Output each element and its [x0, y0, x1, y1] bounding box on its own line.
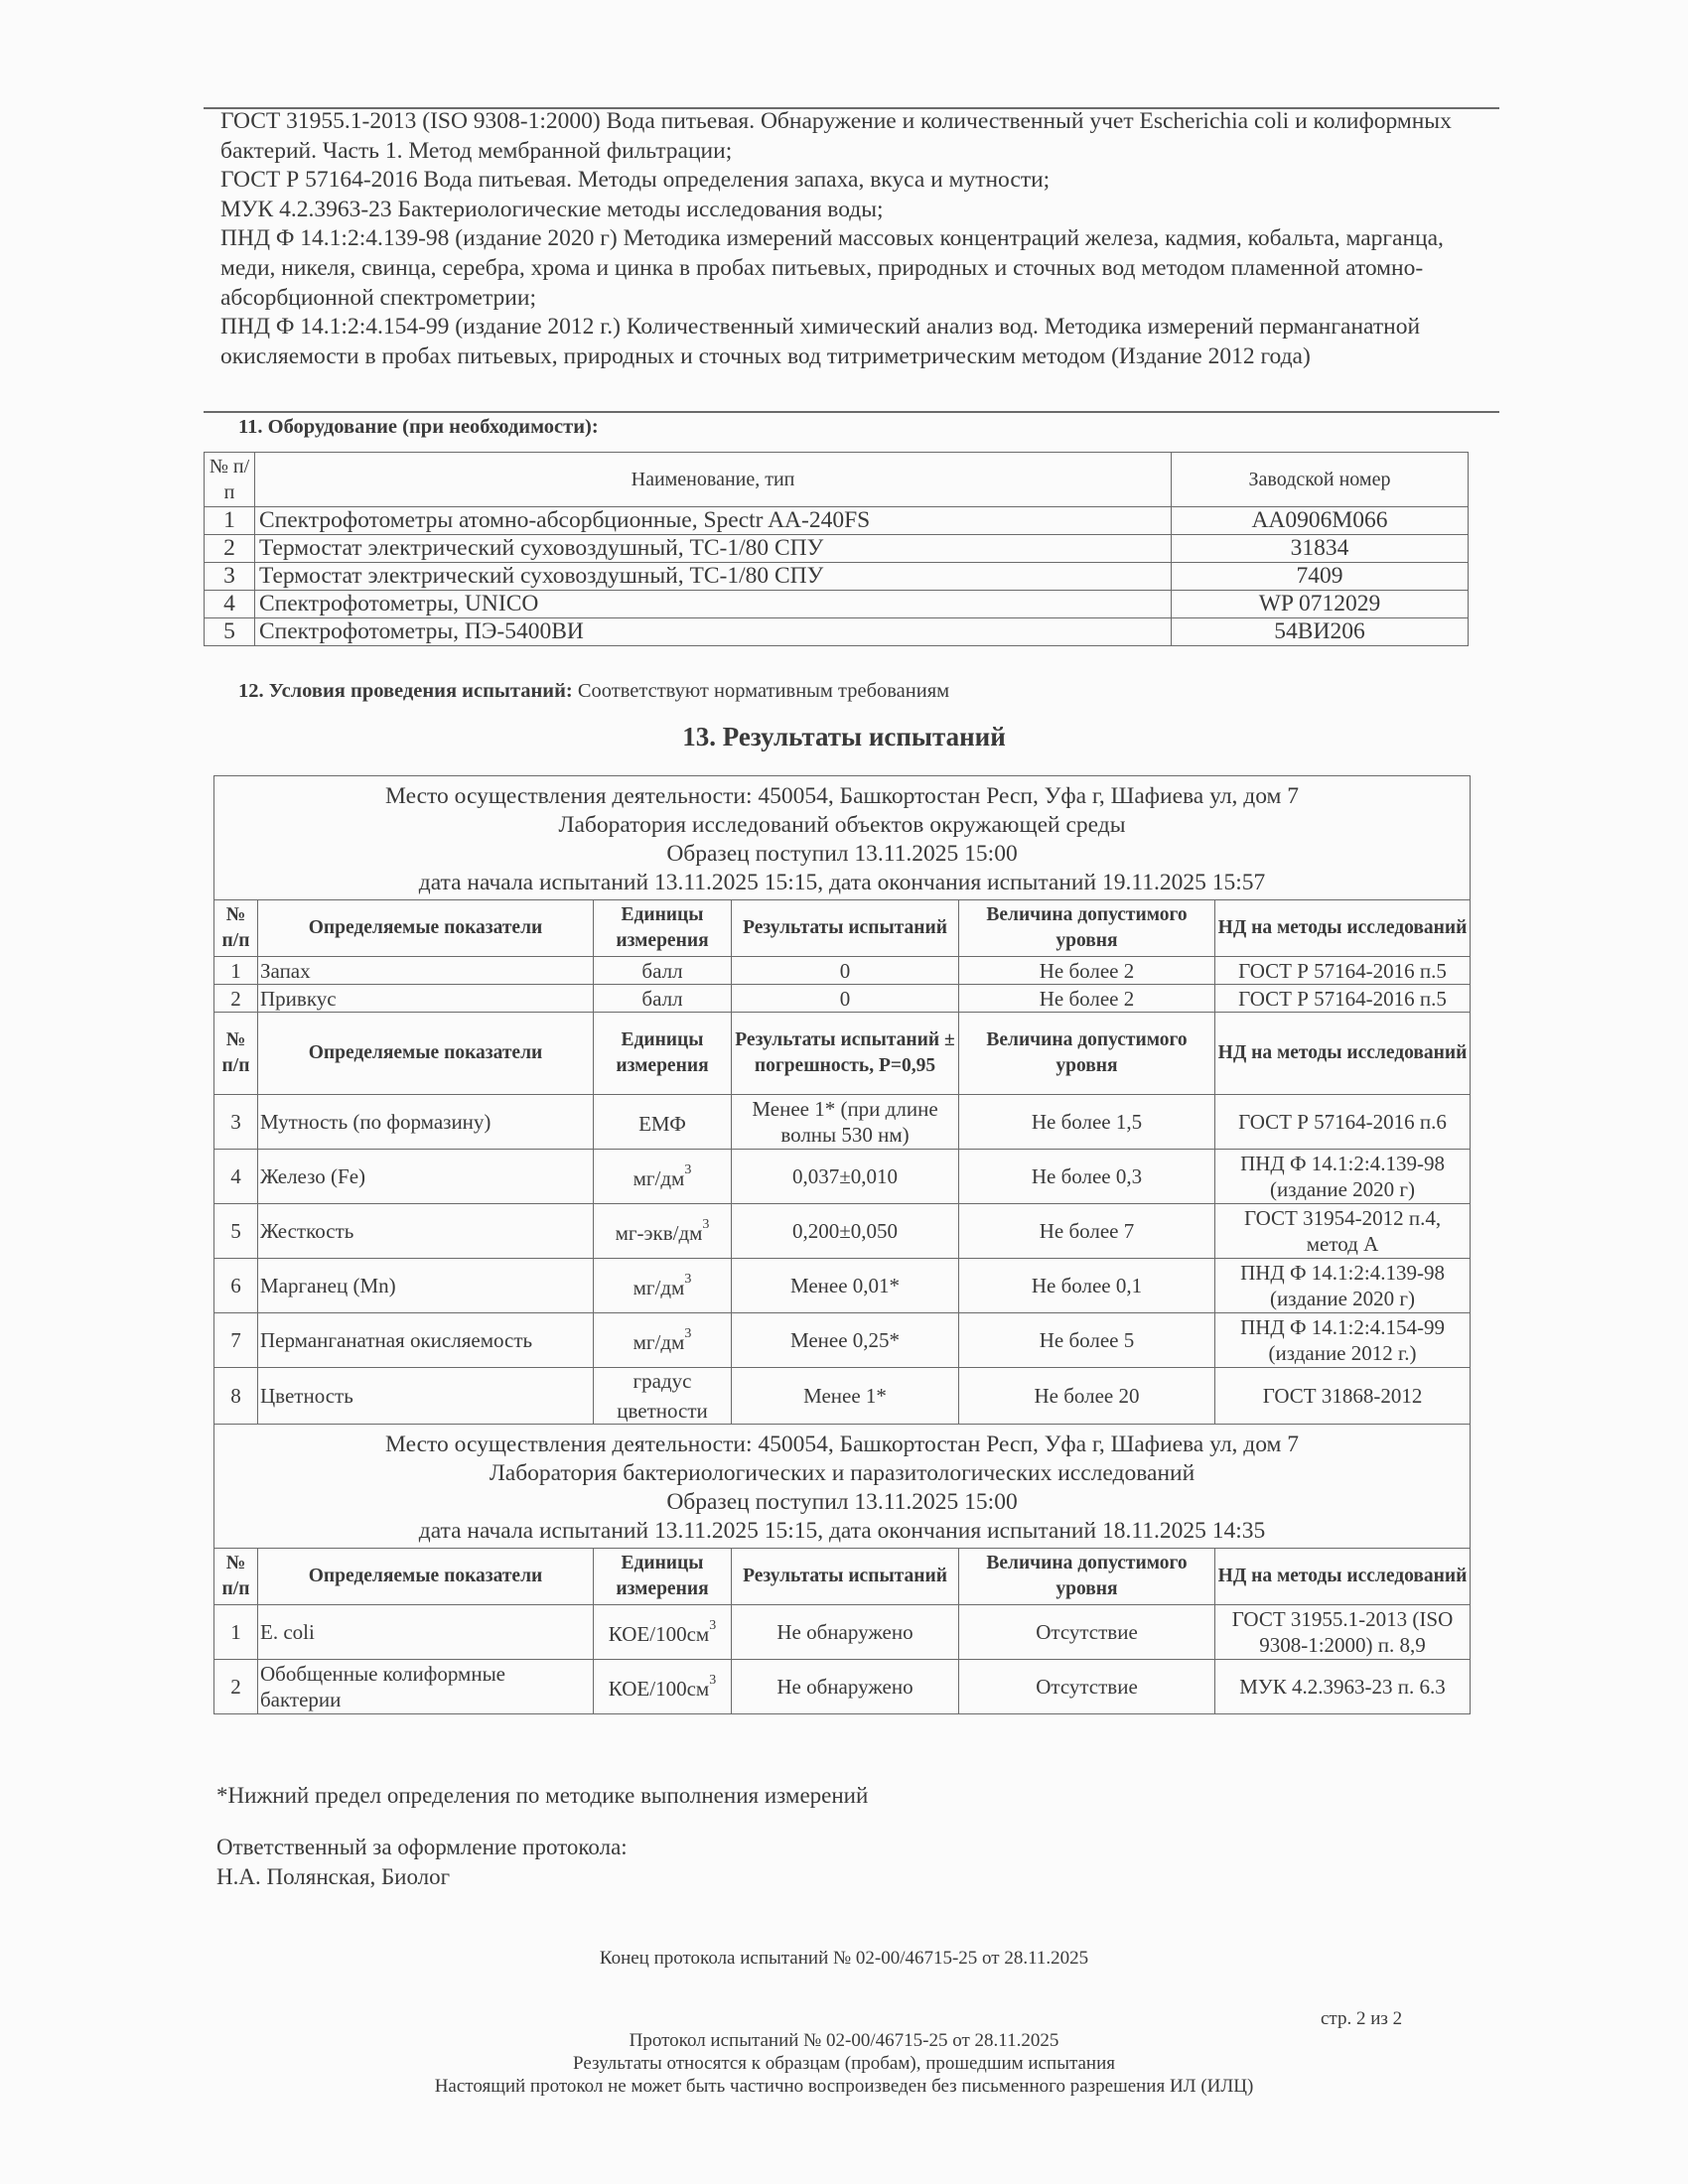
equipment-row: 2 Термостат электрический суховоздушный,…: [205, 535, 1469, 563]
col-name-header: Наименование, тип: [255, 453, 1172, 507]
equipment-row: 3 Термостат электрический суховоздушный,…: [205, 563, 1469, 591]
lab1-header-row-b: № п/п Определяемые показатели Единицы из…: [214, 1013, 1471, 1095]
result-row: 1E. coliКОЕ/100см3Не обнаруженоОтсутстви…: [214, 1605, 1471, 1660]
section-12-label: 12. Условия проведения испытаний:: [238, 680, 573, 702]
cell-limit: Не более 0,3: [959, 1150, 1215, 1204]
cell-result: Менее 0,25*: [732, 1313, 959, 1368]
equipment-table: № п/п Наименование, тип Заводской номер …: [204, 452, 1469, 646]
cell-method: ПНД Ф 14.1:2:4.139-98 (издание 2020 г): [1215, 1259, 1471, 1313]
col-num-header: № п/п: [205, 453, 255, 507]
result-row: 6Марганец (Mn)мг/дм3Менее 0,01*Не более …: [214, 1259, 1471, 1313]
cell-result: 0,037±0,010: [732, 1150, 959, 1204]
cell-indicator: Мутность (по формазину): [258, 1095, 594, 1150]
result-row: 1 Запах балл 0 Не более 2 ГОСТ Р 57164-2…: [214, 957, 1471, 985]
equipment-row: 5 Спектрофотометры, ПЭ-5400ВИ 54ВИ206: [205, 618, 1469, 646]
footer-line-1: Протокол испытаний № 02-00/46715-25 от 2…: [0, 2029, 1688, 2052]
lab2-received: Образец поступил 13.11.2025 15:00: [214, 1488, 1470, 1517]
cell-limit: Не более 0,1: [959, 1259, 1215, 1313]
cell-num: 3: [214, 1095, 258, 1150]
cell-indicator: Железо (Fe): [258, 1150, 594, 1204]
cell-units: ЕМФ: [594, 1095, 732, 1150]
responsible-label: Ответственный за оформление протокола:: [216, 1833, 628, 1862]
cell-indicator: E. coli: [258, 1605, 594, 1660]
norm-item: МУК 4.2.3963-23 Бактериологические метод…: [220, 196, 1501, 225]
cell-indicator: Обобщенные колиформные бактерии: [258, 1660, 594, 1714]
document-page: ГОСТ 31955.1-2013 (ISO 9308-1:2000) Вода…: [0, 0, 1688, 2184]
section-rule: [204, 411, 1499, 413]
cell-num: 8: [214, 1368, 258, 1425]
cell-units: мг-экв/дм3: [594, 1204, 732, 1259]
col-serial-header: Заводской номер: [1172, 453, 1469, 507]
cell-method: ГОСТ 31868-2012: [1215, 1368, 1471, 1425]
cell-num: 7: [214, 1313, 258, 1368]
cell-limit: Не более 20: [959, 1368, 1215, 1425]
result-row: 3Мутность (по формазину)ЕМФМенее 1* (при…: [214, 1095, 1471, 1150]
responsible-name: Н.А. Полянская, Биолог: [216, 1862, 628, 1892]
norm-item: ПНД Ф 14.1:2:4.139-98 (издание 2020 г) М…: [220, 224, 1501, 313]
end-of-protocol: Конец протокола испытаний № 02-00/46715-…: [0, 1948, 1688, 1970]
cell-result: Менее 1* (при длине волны 530 нм): [732, 1095, 959, 1150]
cell-limit: Не более 5: [959, 1313, 1215, 1368]
cell-limit: Не более 7: [959, 1204, 1215, 1259]
lab2-dates: дата начала испытаний 13.11.2025 15:15, …: [214, 1517, 1470, 1546]
cell-num: 6: [214, 1259, 258, 1313]
cell-indicator: Перманганатная окисляемость: [258, 1313, 594, 1368]
result-row: 7Перманганатная окисляемостьмг/дм3Менее …: [214, 1313, 1471, 1368]
cell-num: 4: [214, 1150, 258, 1204]
cell-limit: Отсутствие: [959, 1660, 1215, 1714]
lab1-received: Образец поступил 13.11.2025 15:00: [214, 840, 1470, 869]
lab2-place: Место осуществления деятельности: 450054…: [214, 1431, 1470, 1459]
results-table: Место осуществления деятельности: 450054…: [213, 775, 1471, 1714]
cell-result: Не обнаружено: [732, 1660, 959, 1714]
section-12: 12. Условия проведения испытаний: Соотве…: [238, 680, 949, 703]
cell-indicator: Жесткость: [258, 1204, 594, 1259]
lab2-info-row: Место осуществления деятельности: 450054…: [214, 1425, 1471, 1549]
responsible-block: Ответственный за оформление протокола: Н…: [216, 1833, 628, 1892]
cell-num: 2: [214, 1660, 258, 1714]
cell-result: Не обнаружено: [732, 1605, 959, 1660]
cell-units: КОЕ/100см3: [594, 1605, 732, 1660]
cell-method: ПНД Ф 14.1:2:4.139-98 (издание 2020 г): [1215, 1150, 1471, 1204]
cell-method: ГОСТ 31955.1-2013 (ISO 9308-1:2000) п. 8…: [1215, 1605, 1471, 1660]
cell-units: градус цветности: [594, 1368, 732, 1425]
equipment-row: 1 Спектрофотометры атомно-абсорбционные,…: [205, 507, 1469, 535]
results-heading: 13. Результаты испытаний: [0, 722, 1688, 752]
norm-item: ПНД Ф 14.1:2:4.154-99 (издание 2012 г.) …: [220, 313, 1501, 371]
result-row: 2 Привкус балл 0 Не более 2 ГОСТ Р 57164…: [214, 985, 1471, 1013]
cell-result: Менее 1*: [732, 1368, 959, 1425]
lab1-place: Место осуществления деятельности: 450054…: [214, 782, 1470, 811]
cell-result: 0,200±0,050: [732, 1204, 959, 1259]
lab2-header-row: № п/п Определяемые показатели Единицы из…: [214, 1549, 1471, 1605]
cell-units: мг/дм3: [594, 1259, 732, 1313]
cell-units: мг/дм3: [594, 1313, 732, 1368]
cell-result: Менее 0,01*: [732, 1259, 959, 1313]
cell-units: мг/дм3: [594, 1150, 732, 1204]
equipment-row: 4 Спектрофотометры, UNICO WP 0712029: [205, 591, 1469, 618]
normative-documents-list: ГОСТ 31955.1-2013 (ISO 9308-1:2000) Вода…: [220, 107, 1501, 371]
lab1-lab-name: Лаборатория исследований объектов окружа…: [214, 811, 1470, 840]
result-row: 2Обобщенные колиформные бактерииКОЕ/100с…: [214, 1660, 1471, 1714]
footer: Протокол испытаний № 02-00/46715-25 от 2…: [0, 2029, 1688, 2098]
lab2-lab-name: Лаборатория бактериологических и паразит…: [214, 1459, 1470, 1488]
lab1-header-row-a: № п/п Определяемые показатели Единицы из…: [214, 900, 1471, 957]
result-row: 4Железо (Fe)мг/дм30,037±0,010Не более 0,…: [214, 1150, 1471, 1204]
footer-line-2: Результаты относятся к образцам (пробам)…: [0, 2052, 1688, 2075]
cell-num: 5: [214, 1204, 258, 1259]
lab1-info-row: Место осуществления деятельности: 450054…: [214, 776, 1471, 900]
norm-item: ГОСТ Р 57164-2016 Вода питьевая. Методы …: [220, 166, 1501, 196]
cell-units: КОЕ/100см3: [594, 1660, 732, 1714]
cell-method: ГОСТ Р 57164-2016 п.6: [1215, 1095, 1471, 1150]
cell-indicator: Марганец (Mn): [258, 1259, 594, 1313]
lab1-dates: дата начала испытаний 13.11.2025 15:15, …: [214, 869, 1470, 897]
section-12-value: Соответствуют нормативным требованиям: [578, 680, 949, 702]
footnote: *Нижний предел определения по методике в…: [216, 1783, 868, 1809]
result-row: 5Жесткостьмг-экв/дм30,200±0,050Не более …: [214, 1204, 1471, 1259]
cell-num: 1: [214, 1605, 258, 1660]
equipment-header-row: № п/п Наименование, тип Заводской номер: [205, 453, 1469, 507]
cell-indicator: Цветность: [258, 1368, 594, 1425]
cell-method: ПНД Ф 14.1:2:4.154-99 (издание 2012 г.): [1215, 1313, 1471, 1368]
cell-limit: Не более 1,5: [959, 1095, 1215, 1150]
page-number: стр. 2 из 2: [1321, 2008, 1402, 2030]
cell-limit: Отсутствие: [959, 1605, 1215, 1660]
cell-method: ГОСТ 31954-2012 п.4, метод А: [1215, 1204, 1471, 1259]
result-row: 8Цветностьградус цветностиМенее 1*Не бол…: [214, 1368, 1471, 1425]
cell-method: МУК 4.2.3963-23 п. 6.3: [1215, 1660, 1471, 1714]
section-11-label: 11. Оборудование (при необходимости):: [238, 416, 599, 439]
footer-line-3: Настоящий протокол не может быть частичн…: [0, 2075, 1688, 2098]
norm-item: ГОСТ 31955.1-2013 (ISO 9308-1:2000) Вода…: [220, 107, 1501, 166]
